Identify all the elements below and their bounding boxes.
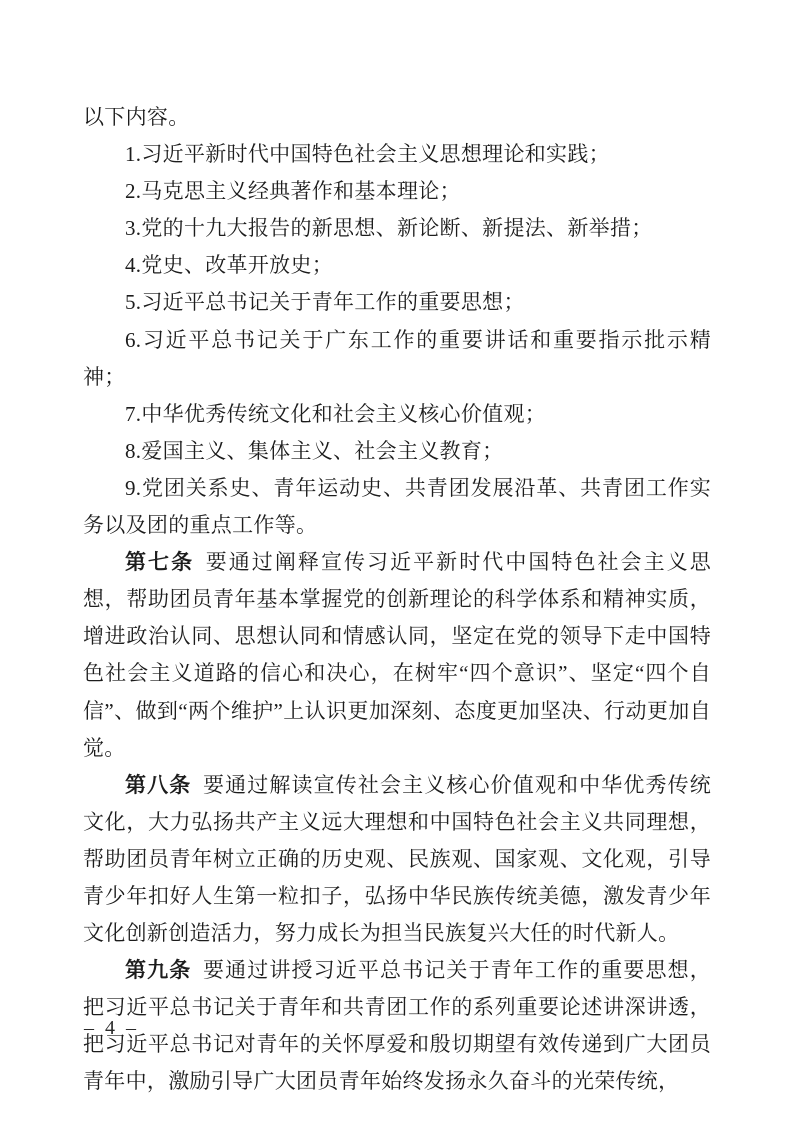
article-8-text: 要通过解读宣传社会主义核心价值观和中华优秀传统文化，大力弘扬共产主义远大理想和中… (83, 773, 711, 945)
list-item-4: 4.党史、改革开放史； (83, 247, 711, 284)
list-item-1: 1.习近平新时代中国特色社会主义思想理论和实践； (83, 136, 711, 173)
article-paragraph-8: 第八条要通过解读宣传社会主义核心价值观和中华优秀传统文化，大力弘扬共产主义远大理… (83, 767, 711, 952)
article-paragraph-7: 第七条要通过阐释宣传习近平新时代中国特色社会主义思想，帮助团员青年基本掌握党的创… (83, 544, 711, 767)
document-page: 以下内容。 1.习近平新时代中国特色社会主义思想理论和实践； 2.马克思主义经典… (0, 0, 793, 1121)
article-7-text: 要通过阐释宣传习近平新时代中国特色社会主义思想，帮助团员青年基本掌握党的创新理论… (83, 550, 711, 759)
article-7-label: 第七条 (125, 550, 194, 574)
list-item-9: 9.党团关系史、青年运动史、共青团发展沿革、共青团工作实务以及团的重点工作等。 (83, 470, 711, 544)
list-item-2: 2.马克思主义经典著作和基本理论； (83, 173, 711, 210)
list-item-6: 6.习近平总书记关于广东工作的重要讲话和重要指示批示精神； (83, 322, 711, 396)
paragraph-continuation: 以下内容。 (83, 99, 711, 136)
list-item-5: 5.习近平总书记关于青年工作的重要思想； (83, 284, 711, 321)
article-8-label: 第八条 (125, 773, 191, 797)
document-body: 以下内容。 1.习近平新时代中国特色社会主义思想理论和实践； 2.马克思主义经典… (83, 99, 711, 1101)
page-number: – 4 – (84, 1017, 139, 1040)
article-9-label: 第九条 (125, 958, 191, 982)
article-paragraph-9: 第九条要通过讲授习近平总书记关于青年工作的重要思想，把习近平总书记关于青年和共青… (83, 952, 711, 1100)
list-item-8: 8.爱国主义、集体主义、社会主义教育； (83, 433, 711, 470)
list-item-7: 7.中华优秀传统文化和社会主义核心价值观； (83, 396, 711, 433)
list-item-3: 3.党的十九大报告的新思想、新论断、新提法、新举措； (83, 210, 711, 247)
